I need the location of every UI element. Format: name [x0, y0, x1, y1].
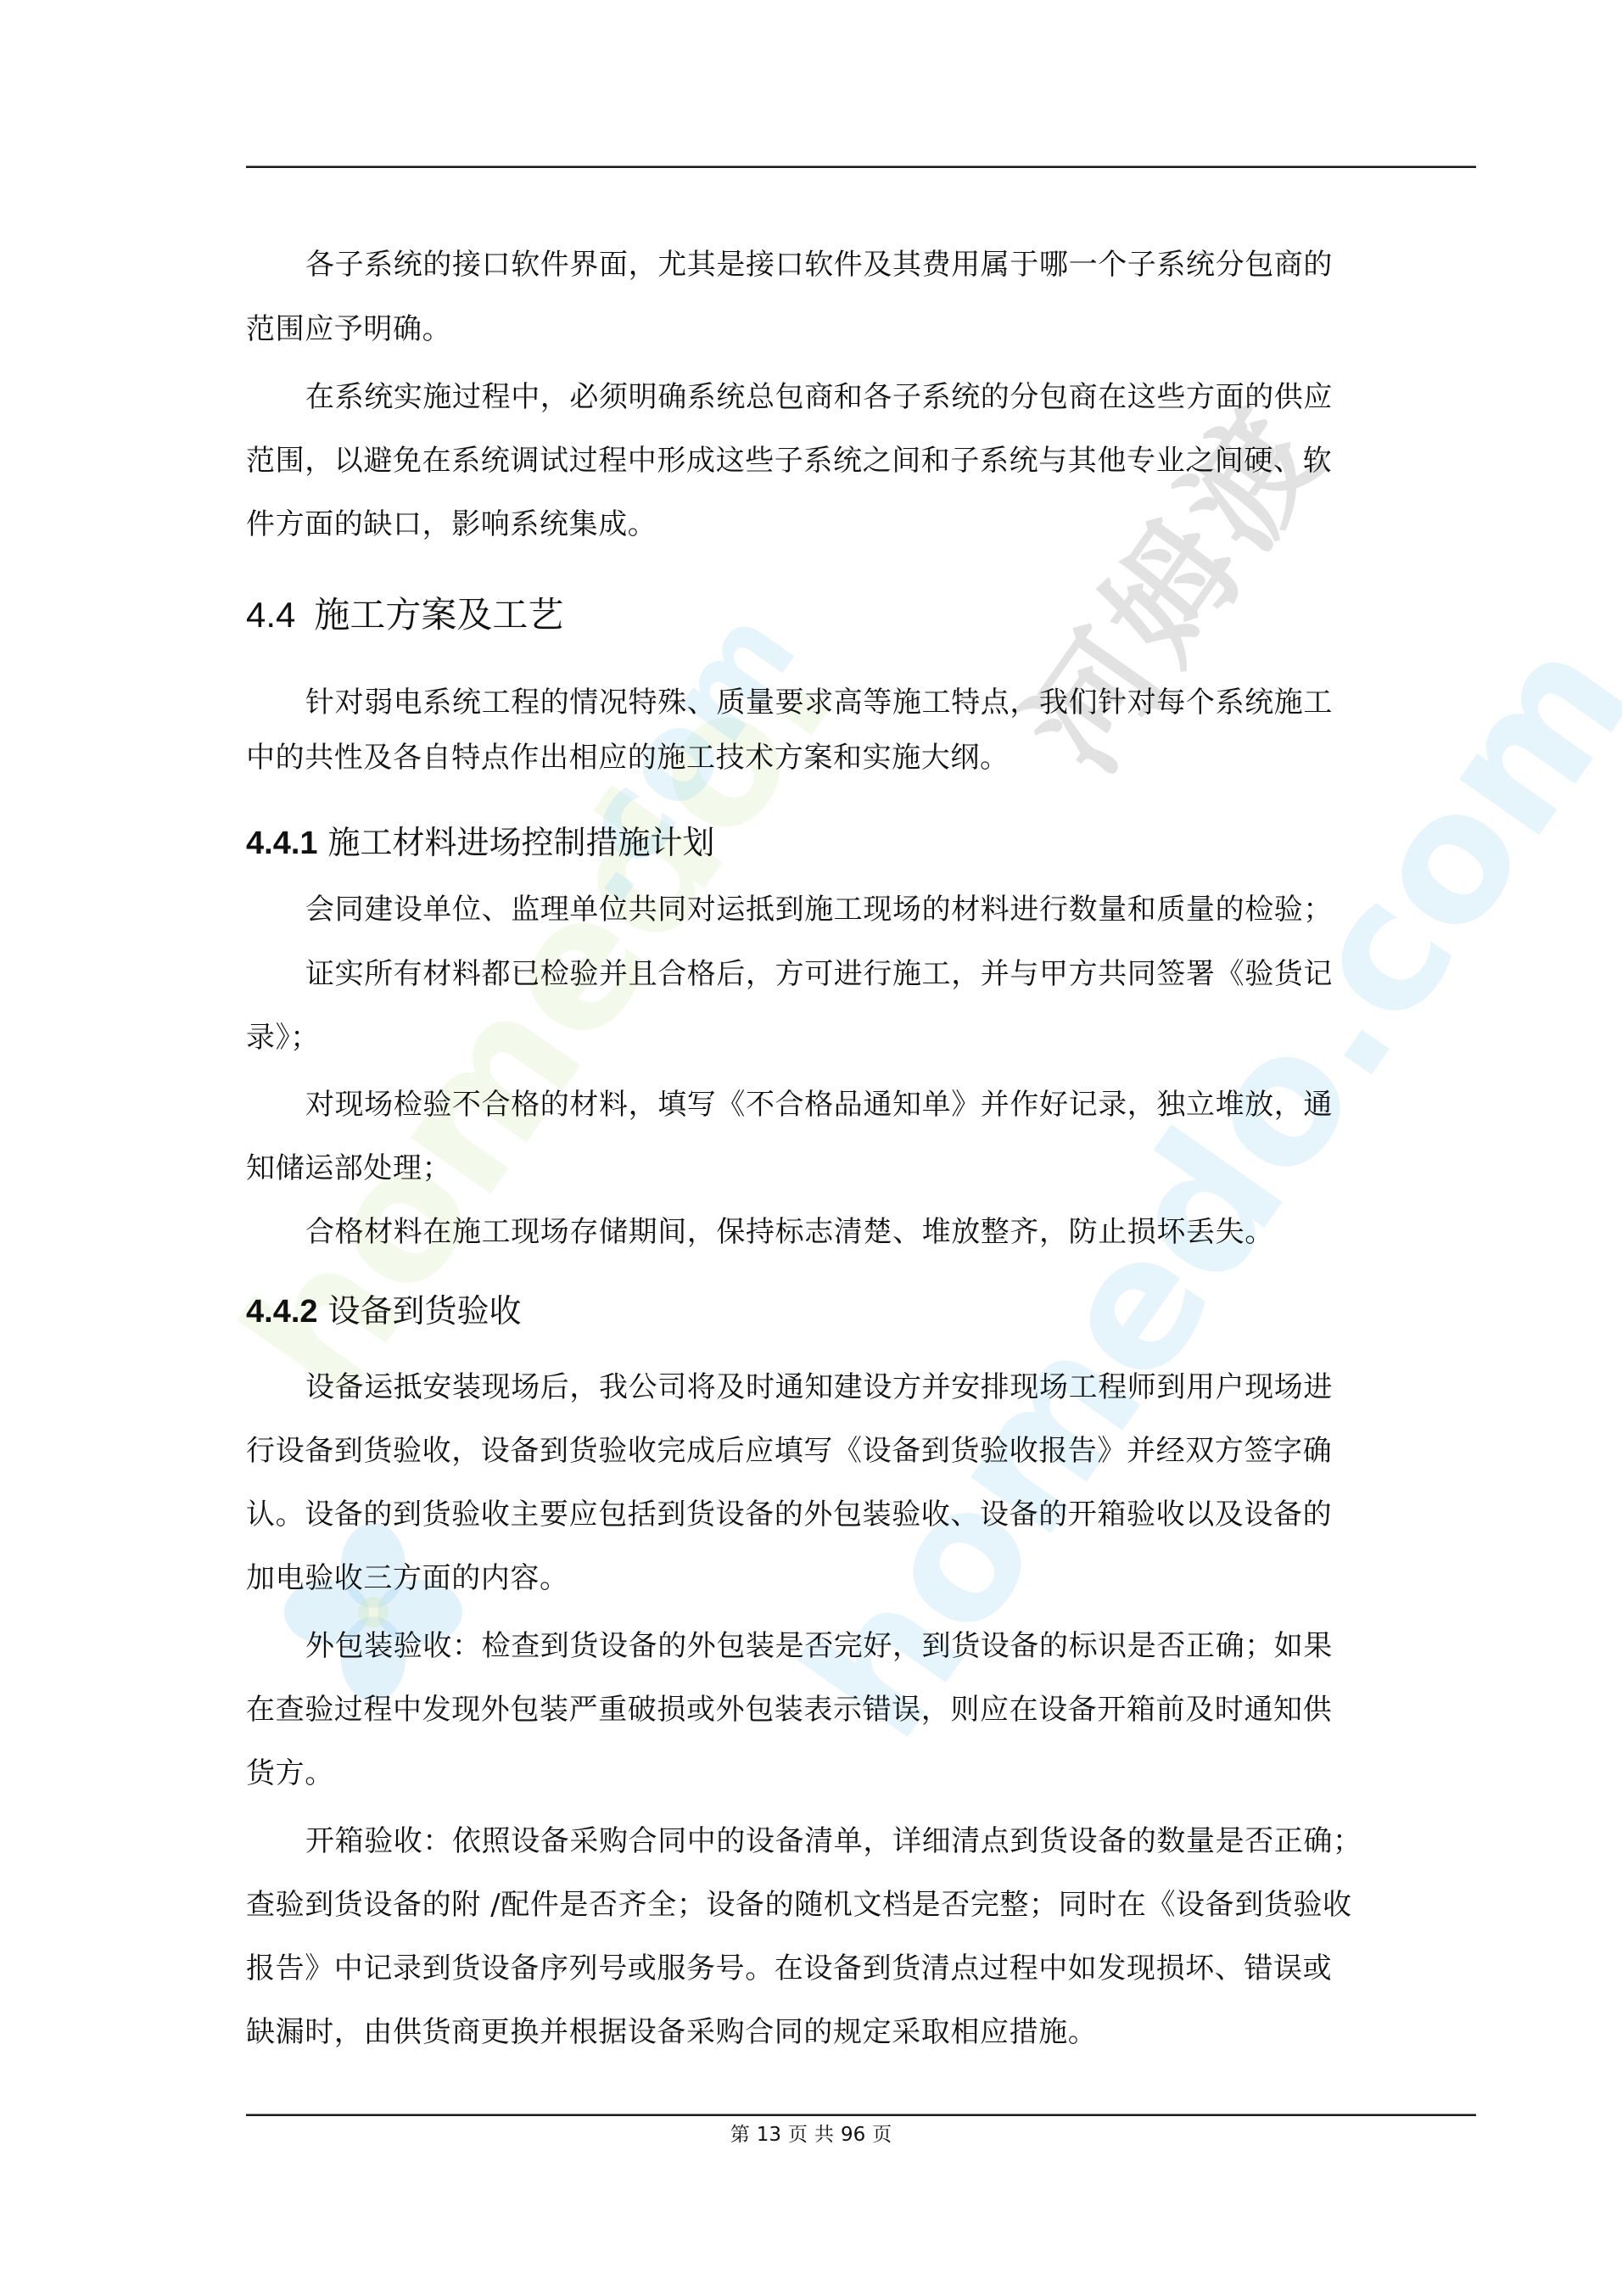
paragraph-line: 货方。 — [246, 1756, 1383, 1790]
paragraph-line: 报告》中记录到货设备序列号或服务号。在设备到货清点过程中如发现损坏、错误或 — [246, 1952, 1383, 1985]
paragraph-line: 缺漏时，由供货商更换并根据设备采购合同的规定采取相应措施。 — [246, 2015, 1383, 2049]
section-heading-4-4: 4.4施工方案及工艺 — [246, 594, 563, 637]
page-number-footer: 第13页共96页 — [0, 2119, 1622, 2147]
paragraph-line: 录》； — [246, 1021, 1383, 1055]
footer-total-prefix: 共 — [814, 2124, 834, 2146]
paragraph-line: 认。设备的到货验收主要应包括到货设备的外包装验收、设备的开箱验收以及设备的 — [246, 1498, 1383, 1532]
total-pages-number: 96 — [841, 2124, 865, 2146]
footer-suffix: 页 — [872, 2124, 892, 2146]
paragraph-line: 中的共性及各自特点作出相应的施工技术方案和实施大纲。 — [246, 741, 1383, 775]
paragraph-line: 对现场检验不合格的材料，填写《不合格品通知单》并作好记录，独立堆放，通 — [305, 1088, 1383, 1122]
paragraph-line: 会同建设单位、监理单位共同对运抵到施工现场的材料进行数量和质量的检验； — [305, 893, 1383, 927]
paragraph-line: 行设备到货验收，设备到货验收完成后应填写《设备到货验收报告》并经双方签字确 — [246, 1434, 1383, 1468]
paragraph-line: 在系统实施过程中，必须明确系统总包商和各子系统的分包商在这些方面的供应 — [305, 380, 1383, 414]
paragraph-line: 设备运抵安装现场后，我公司将及时通知建设方并安排现场工程师到用户现场进 — [305, 1370, 1383, 1404]
paragraph-line: 外包装验收：检查到货设备的外包装是否完好，到货设备的标识是否正确；如果 — [305, 1629, 1383, 1663]
paragraph-line: 范围应予明确。 — [246, 312, 1383, 346]
document-page: homedo. .com homedo.com 河姆渡 各子系统的接口软件界面，… — [0, 0, 1622, 2296]
footer-rule — [246, 2114, 1476, 2116]
paragraph-line: 知储运部处理； — [246, 1151, 1383, 1185]
paragraph-line: 查验到货设备的附 /配件是否齐全；设备的随机文档是否完整；同时在《设备到货验收 — [246, 1888, 1383, 1922]
paragraph-line: 在查验过程中发现外包装严重破损或外包装表示错误，则应在设备开箱前及时通知供 — [246, 1693, 1383, 1727]
footer-prefix: 第 — [730, 2124, 750, 2146]
section-heading-4-4-2: 4.4.2设备到货验收 — [246, 1291, 522, 1331]
footer-page-word: 页 — [788, 2124, 808, 2146]
paragraph-line: 开箱验收：依照设备采购合同中的设备清单，详细清点到货设备的数量是否正确； — [305, 1824, 1383, 1858]
paragraph-line: 加电验收三方面的内容。 — [246, 1561, 1383, 1595]
heading-number: 4.4 — [246, 595, 295, 635]
paragraph-line: 各子系统的接口软件界面，尤其是接口软件及其费用属于哪一个子系统分包商的 — [305, 248, 1383, 282]
paragraph-line: 针对弱电系统工程的情况特殊、质量要求高等施工特点，我们针对每个系统施工 — [305, 686, 1383, 720]
paragraph-line: 合格材料在施工现场存储期间，保持标志清楚、堆放整齐，防止损坏丢失。 — [305, 1215, 1383, 1249]
paragraph-line: 范围，以避免在系统调试过程中形成这些子系统之间和子系统与其他专业之间硬、软 — [246, 444, 1383, 478]
heading-title: 设备到货验收 — [328, 1292, 522, 1330]
heading-number: 4.4.1 — [246, 826, 318, 861]
paragraph-line: 件方面的缺口，影响系统集成。 — [246, 507, 1383, 541]
current-page-number: 13 — [757, 2124, 781, 2146]
heading-number: 4.4.2 — [246, 1294, 318, 1330]
document-body: 各子系统的接口软件界面，尤其是接口软件及其费用属于哪一个子系统分包商的 范围应予… — [0, 0, 1622, 2296]
heading-title: 施工方案及工艺 — [314, 594, 563, 636]
section-heading-4-4-1: 4.4.1施工材料进场控制措施计划 — [246, 823, 715, 863]
heading-title: 施工材料进场控制措施计划 — [328, 824, 715, 861]
paragraph-line: 证实所有材料都已检验并且合格后，方可进行施工，并与甲方共同签署《验货记 — [305, 957, 1383, 991]
